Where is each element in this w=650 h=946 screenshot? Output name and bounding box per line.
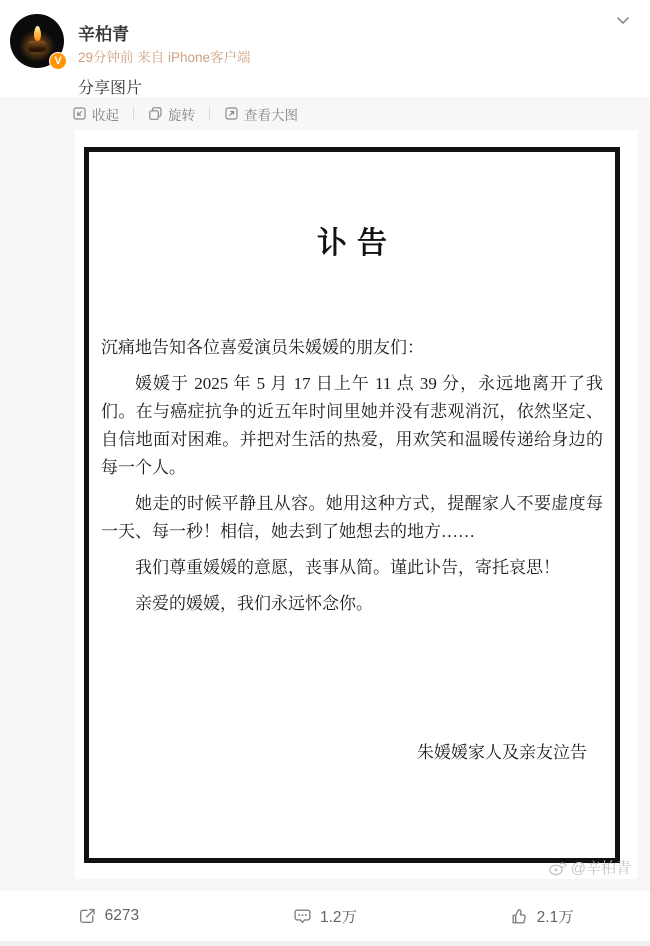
collapse-button[interactable]: 收起 — [72, 104, 119, 124]
image-toolbar: 收起 旋转 查看大图 — [0, 97, 650, 130]
watermark-text: @辛柏青 — [571, 857, 631, 878]
comment-icon — [293, 907, 312, 926]
view-large-button[interactable]: 查看大图 — [224, 104, 298, 124]
toolbar-divider — [133, 107, 134, 120]
obituary-title: 讣告 — [101, 218, 603, 262]
share-icon — [78, 907, 97, 926]
obituary-paragraph: 媛媛于 2025 年 5 月 17 日上午 11 点 39 分，永远地离开了我们… — [101, 370, 603, 482]
view-large-label: 查看大图 — [244, 104, 298, 124]
obituary-paragraph: 亲爱的媛媛，我们永远怀念你。 — [101, 590, 603, 618]
candle-flame-icon — [34, 26, 41, 41]
obituary-paragraph: 她走的时候平静且从容。她用这种方式，提醒家人不要虚度每一天、每一秒！相信，她去到… — [101, 490, 603, 546]
collapse-label: 收起 — [92, 104, 119, 124]
post-meta: 29分钟前 来自 iPhone客户端 — [78, 46, 251, 66]
view-large-icon — [224, 106, 239, 121]
rotate-button[interactable]: 旋转 — [148, 104, 195, 124]
comment-button[interactable]: 1.2万 — [217, 891, 434, 941]
obituary-signature: 朱媛媛家人及亲友泣告 — [101, 738, 603, 763]
like-count: 2.1万 — [537, 905, 574, 927]
weibo-logo-icon — [548, 860, 567, 876]
page-background-strip — [0, 941, 650, 946]
verified-badge-icon: V — [49, 52, 67, 70]
comment-count: 1.2万 — [320, 905, 357, 927]
rotate-label: 旋转 — [168, 104, 195, 124]
like-button[interactable]: 2.1万 — [433, 891, 650, 941]
obituary-paragraph: 我们尊重媛媛的意愿，丧事从简。谨此讣告，寄托哀思！ — [101, 554, 603, 582]
image-viewer: 收起 旋转 查看大图 讣告 沉痛地告知各位喜爱演员朱媛媛的朋友们： 媛媛于 20… — [0, 97, 650, 891]
author-name[interactable]: 辛柏青 — [78, 20, 129, 45]
post-content: 分享图片 — [78, 75, 142, 98]
engagement-bar: 6273 1.2万 2.1万 — [0, 891, 650, 941]
share-button[interactable]: 6273 — [0, 891, 217, 941]
toolbar-divider — [209, 107, 210, 120]
post-header: V 辛柏青 29分钟前 来自 iPhone客户端 分享图片 — [0, 0, 650, 97]
share-count: 6273 — [105, 907, 139, 925]
chevron-down-icon[interactable] — [612, 10, 634, 32]
candle-body-icon — [28, 41, 46, 52]
rotate-icon — [148, 106, 163, 121]
avatar[interactable]: V — [10, 14, 64, 68]
collapse-icon — [72, 106, 87, 121]
like-icon — [510, 907, 529, 926]
obituary-image[interactable]: 讣告 沉痛地告知各位喜爱演员朱媛媛的朋友们： 媛媛于 2025 年 5 月 17… — [75, 130, 638, 879]
watermark: @辛柏青 — [548, 857, 631, 878]
obituary-salutation: 沉痛地告知各位喜爱演员朱媛媛的朋友们： — [101, 334, 603, 362]
obituary-frame: 讣告 沉痛地告知各位喜爱演员朱媛媛的朋友们： 媛媛于 2025 年 5 月 17… — [84, 147, 620, 863]
